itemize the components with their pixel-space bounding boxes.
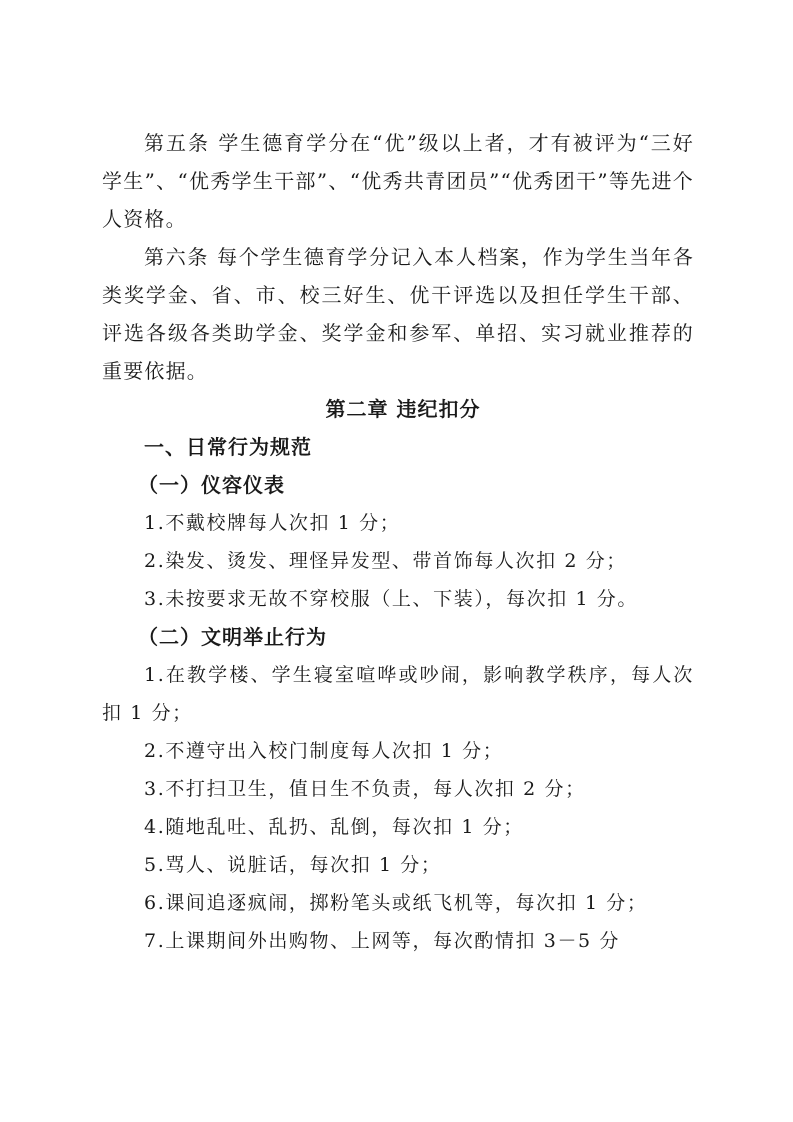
- list-item: 4.随地乱吐、乱扔、乱倒，每次扣 1 分；: [102, 808, 694, 846]
- list-item: 6.课间追逐疯闹，掷粉笔头或纸飞机等，每次扣 1 分；: [102, 884, 694, 922]
- list-item: 5.骂人、说脏话，每次扣 1 分；: [102, 846, 694, 884]
- section-heading: 一、日常行为规范: [102, 428, 694, 466]
- article-6-paragraph: 第六条 每个学生德育学分记入本人档案，作为学生当年各类奖学金、省、市、校三好生、…: [102, 238, 694, 390]
- document-page: 第五条 学生德育学分在“优”级以上者，才有被评为“三好学生”、“优秀学生干部”、…: [102, 124, 694, 960]
- list-item: 3.未按要求无故不穿校服（上、下装），每次扣 1 分。: [102, 580, 694, 618]
- list-item: 2.不遵守出入校门制度每人次扣 1 分；: [102, 732, 694, 770]
- chapter-title: 第二章 违纪扣分: [102, 390, 694, 428]
- subsection-heading-appearance: （一）仪容仪表: [102, 466, 694, 504]
- list-item: 1.在教学楼、学生寝室喧哗或吵闹，影响教学秩序，每人次扣 1 分；: [102, 656, 694, 732]
- list-item: 1.不戴校牌每人次扣 1 分；: [102, 504, 694, 542]
- article-5-paragraph: 第五条 学生德育学分在“优”级以上者，才有被评为“三好学生”、“优秀学生干部”、…: [102, 124, 694, 238]
- subsection-heading-conduct: （二）文明举止行为: [102, 618, 694, 656]
- list-item: 2.染发、烫发、理怪异发型、带首饰每人次扣 2 分；: [102, 542, 694, 580]
- list-item: 3.不打扫卫生，值日生不负责，每人次扣 2 分；: [102, 770, 694, 808]
- list-item: 7.上课期间外出购物、上网等，每次酌情扣 3－5 分: [102, 922, 694, 960]
